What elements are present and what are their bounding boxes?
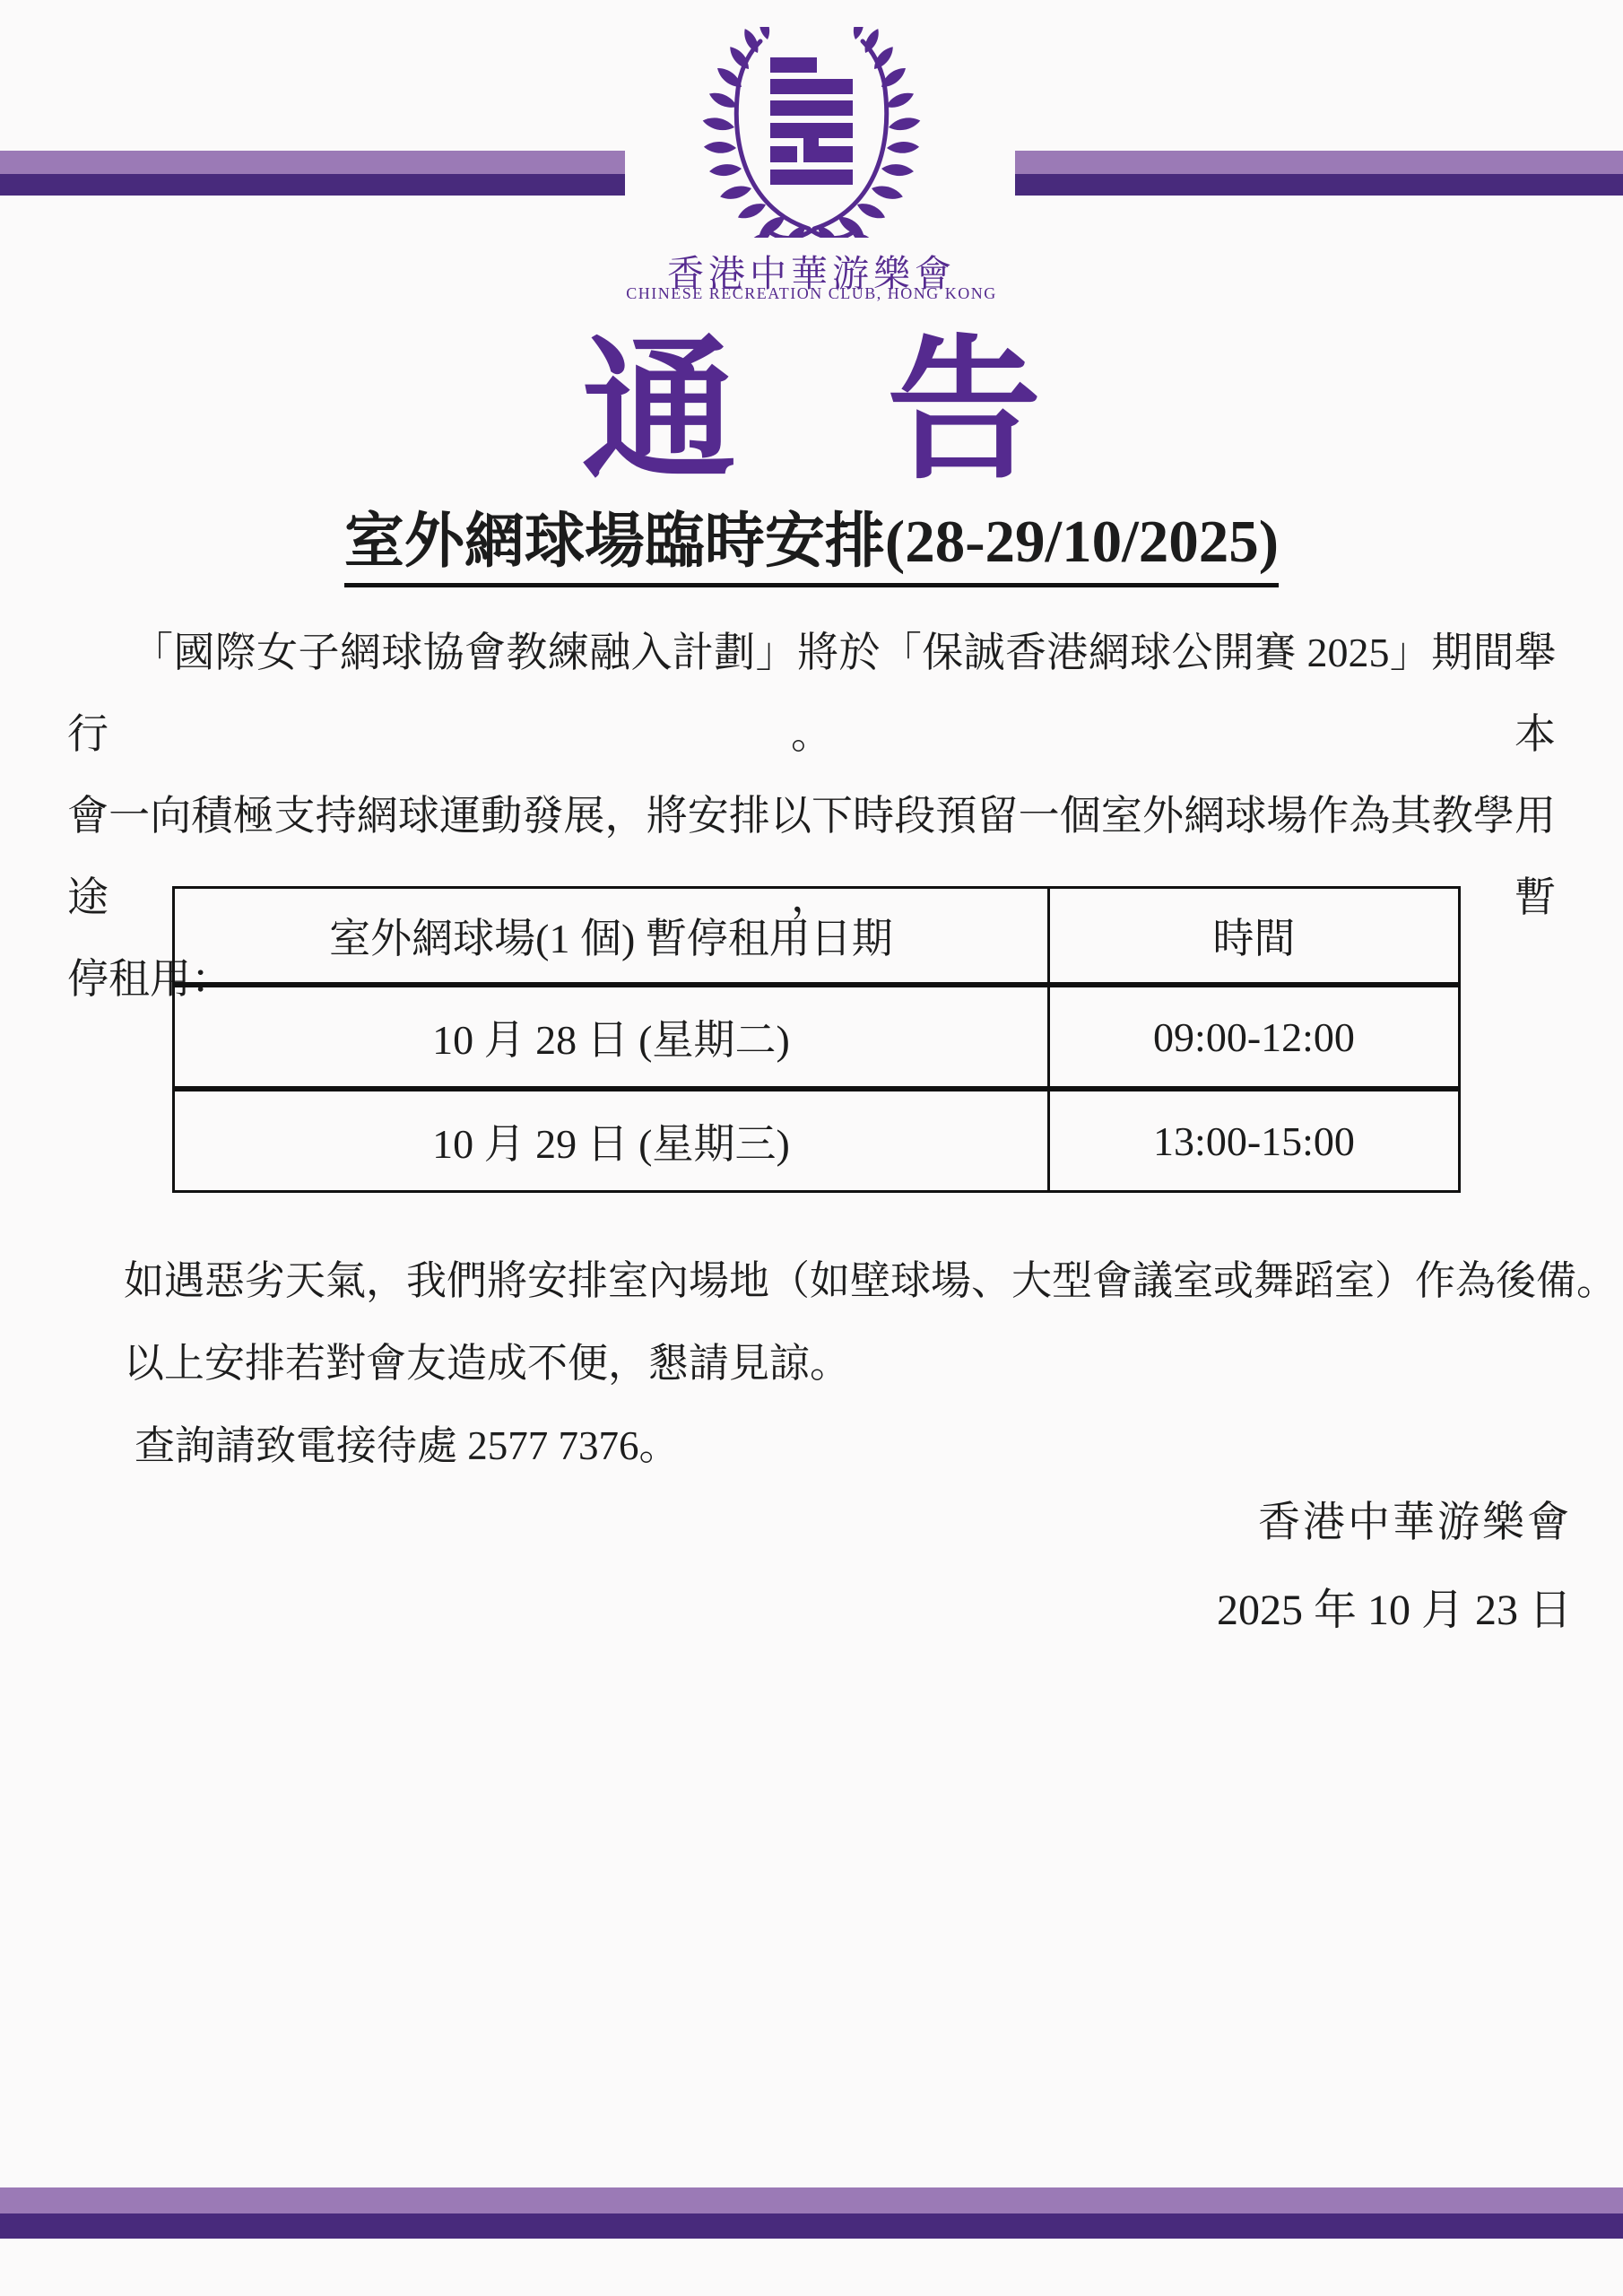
signoff-club-name: 香港中華游樂會	[1258, 1489, 1572, 1549]
notice-subtitle: 室外網球場臨時安排(28-29/10/2025)	[344, 509, 1279, 587]
inquiry-note: 查詢請致電接待處 2577 7376。	[135, 1419, 1623, 1474]
apology-note: 以上安排若對會友造成不便，懇請見諒。	[124, 1336, 1623, 1391]
top-left-accent-bar	[0, 151, 625, 196]
accent-bar-dark	[1015, 174, 1623, 196]
notice-title: 通 告	[0, 323, 1623, 500]
accent-bar-light	[1015, 151, 1623, 174]
accent-bar-dark	[0, 2213, 1623, 2239]
weather-backup-note: 如遇惡劣天氣，我們將安排室內場地（如壁球場、大型會議室或舞蹈室）作為後備。	[124, 1254, 1623, 1309]
table-row: 10 月 28 日 (星期二) 09:00-12:00	[174, 985, 1460, 1089]
accent-bar-light	[0, 151, 625, 174]
table-cell-date: 10 月 29 日 (星期三)	[174, 1089, 1049, 1192]
table-cell-time: 09:00-12:00	[1049, 985, 1460, 1089]
notice-subtitle-wrap: 室外網球場臨時安排(28-29/10/2025)	[0, 509, 1623, 587]
table-cell-date: 10 月 28 日 (星期二)	[174, 985, 1049, 1089]
header-date-column: 室外網球場(1 個) 暫停租用日期	[174, 888, 1049, 986]
hexagram-bars-emblem	[770, 57, 853, 185]
laurel-wreath-logo-icon	[699, 27, 924, 238]
header-time-column: 時間	[1049, 888, 1460, 986]
top-right-accent-bar	[1015, 151, 1623, 196]
accent-bar-light	[0, 2187, 1623, 2213]
intro-line-1: 「國際女子網球協會教練融入計劃」將於「保誠香港網球公開賽 2025」期間舉行。本	[67, 612, 1556, 775]
closure-schedule-table: 室外網球場(1 個) 暫停租用日期 時間 10 月 28 日 (星期二) 09:…	[172, 886, 1461, 1193]
signoff-date: 2025 年 10 月 23 日	[1217, 1575, 1572, 1637]
club-name-english: CHINESE RECREATION CLUB, HONG KONG	[0, 284, 1623, 303]
table-cell-time: 13:00-15:00	[1049, 1089, 1460, 1192]
table-header-row: 室外網球場(1 個) 暫停租用日期 時間	[174, 888, 1460, 986]
notice-page: 香港中華游樂會 CHINESE RECREATION CLUB, HONG KO…	[0, 0, 1623, 2296]
bottom-accent-bar	[0, 2187, 1623, 2239]
accent-bar-dark	[0, 174, 625, 196]
table-row: 10 月 29 日 (星期三) 13:00-15:00	[174, 1089, 1460, 1192]
